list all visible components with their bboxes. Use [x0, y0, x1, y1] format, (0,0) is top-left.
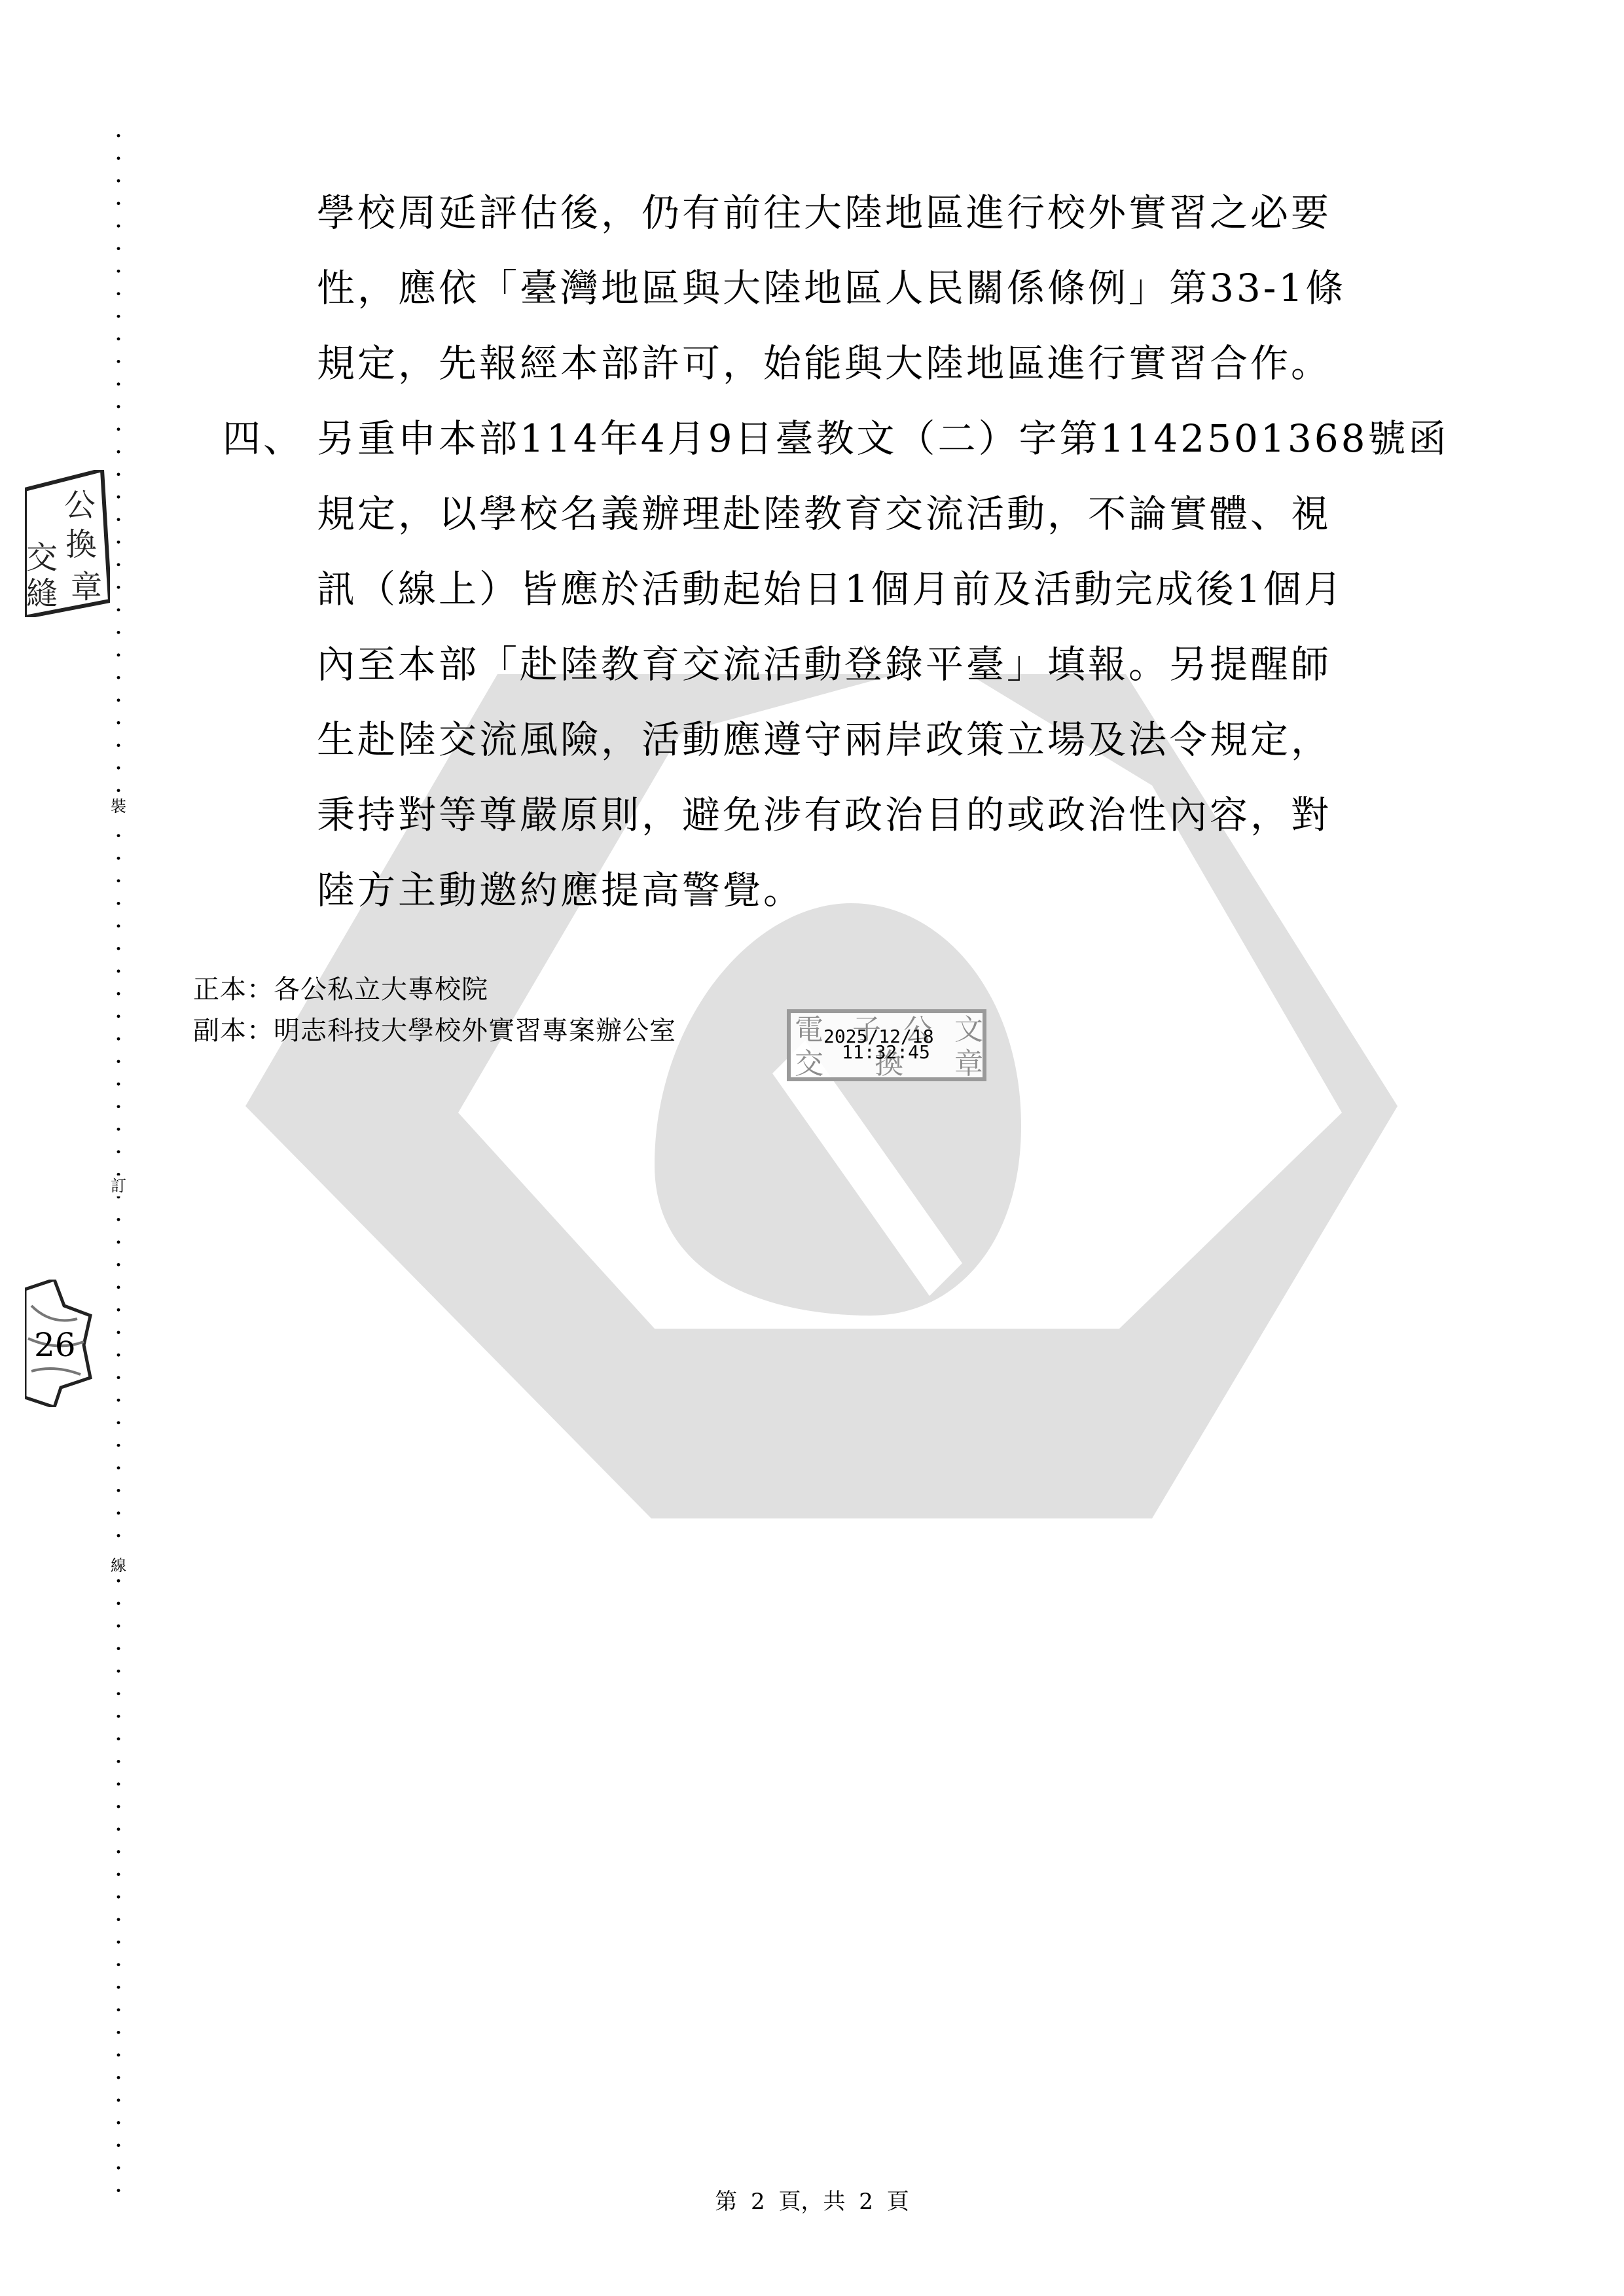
- item-number: 四、: [223, 416, 304, 461]
- stamp-char: 章: [954, 1050, 983, 1079]
- paragraph-line: 性，應依「臺灣地區與大陸地區人民關係條例」第33-1條: [317, 265, 1346, 311]
- item-line: 訊（線上）皆應於活動起始日1個月前及活動完成後1個月: [317, 566, 1344, 612]
- seal-page-number: 26: [34, 1329, 76, 1361]
- copy-label: 副本：: [193, 1016, 274, 1046]
- svg-text:換: 換: [65, 526, 97, 563]
- binding-label-ding: 訂: [109, 1175, 128, 1196]
- copy-recipients-line: 副本：明志科技大學校外實習專案辦公室: [193, 1014, 676, 1047]
- paragraph-line: 規定，先報經本部許可，始能與大陸地區進行實習合作。: [317, 340, 1331, 386]
- svg-text:交: 交: [26, 539, 58, 576]
- item-line: 生赴陸交流風險，活動應遵守兩岸政策立場及法令規定，: [317, 717, 1331, 762]
- original-recipients-line: 正本：各公私立大專校院: [193, 973, 488, 1006]
- binding-label-zhuang: 裝: [109, 796, 128, 817]
- electronic-exchange-stamp: 電 子 公 文 交 換 章 2025/12/18 11:32:45: [787, 1009, 986, 1081]
- binding-label-xian: 線: [109, 1555, 128, 1576]
- stamp-char: 電: [795, 1016, 823, 1045]
- svg-text:縫: 縫: [26, 575, 58, 612]
- svg-text:章: 章: [71, 569, 102, 605]
- page-indicator: 第 2 頁，共 2 頁: [0, 2189, 1624, 2215]
- stamp-char: 交: [795, 1050, 823, 1079]
- svg-text:公: 公: [64, 487, 96, 524]
- item-line: 內至本部「赴陸教育交流活動登錄平臺」填報。另提醒師: [317, 641, 1331, 687]
- item-line: 秉持對等尊嚴原則，避免涉有政治目的或政治性內容，對: [317, 792, 1331, 838]
- stamp-char: 文: [954, 1016, 983, 1045]
- copy-recipients: 明志科技大學校外實習專案辦公室: [274, 1016, 676, 1046]
- original-recipients: 各公私立大專校院: [274, 975, 488, 1005]
- original-label: 正本：: [193, 975, 274, 1005]
- exchange-seal-icon: 公 換 交 縫 章: [25, 470, 110, 617]
- paragraph-line: 學校周延評估後，仍有前往大陸地區進行校外實習之必要: [317, 190, 1331, 236]
- stamp-time: 11:32:45: [842, 1043, 930, 1062]
- item-line: 規定，以學校名義辦理赴陸教育交流活動，不論實體、視: [317, 491, 1331, 537]
- item-line: 另重申本部114年4月9日臺教文（二）字第1142501368號函: [317, 416, 1449, 461]
- binding-dotted-line: [117, 124, 120, 2199]
- item-line: 陸方主動邀約應提高警覺。: [317, 867, 804, 913]
